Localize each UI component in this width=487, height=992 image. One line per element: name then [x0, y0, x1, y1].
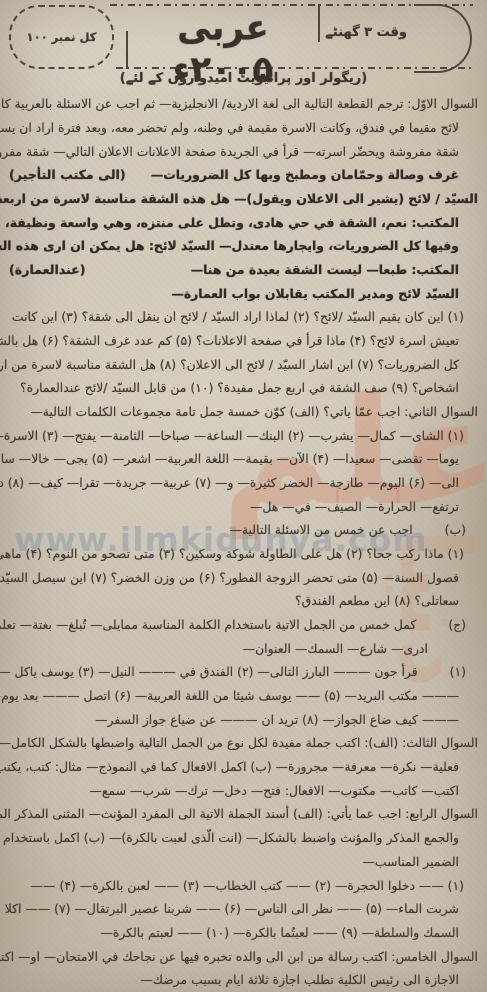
line-left-note: (الی مکتب التأجیر) — [9, 167, 126, 182]
text-line: تعيش اسرة لائح؟ (۴) ماذا قرأ في صفحة الا… — [9, 329, 478, 353]
text-line: اشخاص؟ (۹) صف الشقة في اربع جمل مفيدة؟ (… — [9, 376, 478, 400]
line-text: المكتب: طبعا— ليست الشقة بعيدة من هنا— — [191, 262, 459, 277]
line-text: ادرى— شارع— السمك— العنوان— — [243, 641, 428, 656]
text-line: الاجازة الى رئيس الكلية تطلب اجازة ثلاثة… — [9, 968, 478, 992]
line-text: السوال الرابع: اجب عما يأتي: (الف) أسند … — [0, 806, 478, 821]
line-text: ترتفع— الحرارة— الصيف— في— هل— — [250, 499, 459, 514]
line-text: كمل خمس من الجمل الاتية باستخدام الكلمة … — [0, 617, 416, 632]
candidates-subtitle: (ریگولر اور پرائیویٹ امیدواروں کے لئے) — [0, 71, 487, 86]
line-text: شربت الماء— (۵) —— نظر الى الناس— (۶) ——… — [5, 901, 459, 916]
line-text: شقة مفروشة ويحضّر اسرته— قرأ في الجريدة … — [0, 144, 459, 159]
text-line: (ب)اجب عن خمس من الاسئلة التالية— — [9, 518, 478, 542]
total-marks-badge: کل نمبر ۱۰۰ — [9, 5, 114, 69]
text-line: ——— مكتب البريد— (۵) —— يوسف شيئا من الل… — [9, 684, 478, 708]
text-line: السوال الرابع: اجب عما يأتي: (الف) أسند … — [9, 802, 478, 826]
line-text: فعلية— نكرة— معرفة— مجرورة— (ب) اكمل الا… — [0, 759, 459, 774]
line-label: (ب) — [445, 522, 466, 537]
line-label: (۱) — [450, 664, 466, 679]
line-label: (ج) — [448, 617, 466, 632]
text-line: السيّد لائح ومدير المكتب يقابلان بواب ال… — [9, 281, 478, 305]
line-text: السوال الثالث: (الف): اكتب جملة مفيدة لك… — [0, 735, 478, 750]
text-line: (۱) —— دخلوا الحجرة— (۲) —— كتب الخطاب— … — [9, 873, 478, 897]
line-text: وفيها كل الضروريات، وايجارها معتدل— السي… — [0, 238, 459, 253]
line-text: والجمع المذكر والمؤنث واضبط بالشكل— (انت… — [3, 830, 459, 845]
header-right-curve-ornament — [414, 4, 472, 73]
line-text: (۱) الشاى— كمال— يشرب— (۲) البنك— الساعة… — [0, 428, 464, 443]
text-line: ادرى— شارع— السمك— العنوان— — [9, 636, 478, 660]
line-text: ——— مكتب البريد— (۵) —— يوسف شيئا من الل… — [0, 688, 459, 703]
text-line: والجمع المذكر والمؤنث واضبط بالشكل— (انت… — [9, 826, 478, 850]
text-line: السوال الثالث: (الف): اكتب جملة مفيدة لك… — [9, 731, 478, 755]
text-line: السمك والسلطة— (۹) —— لعبتُما بالكرة— (۱… — [9, 921, 478, 945]
line-text: السيّد لائح ومدير المكتب يقابلان بواب ال… — [171, 286, 459, 301]
line-text: قرأ جون ——— البارز التالى— (۲) الفندق في… — [0, 664, 418, 679]
line-text: السوال الخامس: اكتب رسالة من ابن الى وال… — [0, 949, 478, 964]
text-line: يوما— تقضى— سعيدا— (۴) الآن— بقيمة— اللغ… — [9, 447, 478, 471]
exam-header: وقت ۳ گھنٹے عربی ۲۰۰۵ء کل نمبر ۱۰۰ (ریگو… — [0, 0, 487, 92]
line-text: اجب عن خمس من الاسئلة التالية— — [230, 522, 413, 537]
line-text: الى— (۶) اليوم— طازجة— الخضر كثيرة— و— (… — [0, 475, 459, 490]
text-line: اكتب— كاتب— مكتوب— الافعال: فتح— دخل— تر… — [9, 778, 478, 802]
text-line: المكتب: نعم، الشقة في حي هادى، وتطل على … — [9, 210, 478, 234]
line-left-note: (عندالعمارة) — [9, 262, 86, 277]
text-line: (۱)قرأ جون ——— البارز التالى— (۲) الفندق… — [9, 660, 478, 684]
line-text: السمك والسلطة— (۹) —— لعبتُما بالكرة— (۱… — [100, 925, 459, 940]
scanned-exam-paper: { "page": { "background": "#cdc6b7", "in… — [0, 0, 487, 992]
line-text: لائح مقيما في فندق، وكانت الاسرة مقيمة ف… — [0, 120, 459, 135]
text-line: شقة مفروشة ويحضّر اسرته— قرأ في الجريدة … — [9, 139, 478, 163]
line-text: كل الضروريات؟ (۷) اين اشار السيّد / لائح… — [0, 357, 459, 372]
line-text: سعاتلى؟ (۸) اين مطعم الفندق؟ — [295, 593, 459, 608]
text-line: فصول السنة— (۵) متى تحضر الزوجة الفطور؟ … — [9, 565, 478, 589]
line-text: الاجازة الى رئيس الكلية تطلب اجازة ثلاثة… — [140, 972, 459, 987]
total-marks-label: کل نمبر ۱۰۰ — [27, 30, 97, 44]
text-line: الضمير المناسب— — [9, 850, 478, 874]
text-line: السيّد / لائح (يشير الى الاعلان ويقول)— … — [9, 187, 478, 211]
line-text: تعيش اسرة لائح؟ (۴) ماذا قرأ في صفحة الا… — [0, 333, 459, 348]
text-line: السوال الخامس: اكتب رسالة من ابن الى وال… — [9, 944, 478, 968]
text-line: ——— كيف ضاع الجواز— (۸) تريد ان ——— عن ض… — [9, 707, 478, 731]
line-text: فصول السنة— (۵) متى تحضر الزوجة الفطور؟ … — [0, 570, 459, 585]
line-text: السوال الثاني: اجب عمّا ياتي؟ (الف) كوّن… — [30, 404, 478, 419]
line-text: (۱) —— دخلوا الحجرة— (۲) —— كتب الخطاب— … — [31, 878, 464, 893]
text-line: السوال الثاني: اجب عمّا ياتي؟ (الف) كوّن… — [9, 400, 478, 424]
line-text: يوما— تقضى— سعيدا— (۴) الآن— بقيمة— اللغ… — [0, 451, 459, 466]
text-line: المكتب: طبعا— ليست الشقة بعيدة من هنا—(ع… — [9, 258, 478, 282]
line-text: اكتب— كاتب— مكتوب— الافعال: فتح— دخل— تر… — [89, 783, 459, 798]
line-text: الضمير المناسب— — [363, 854, 459, 869]
line-text: (۱) ماذا ركب جحا؟ (۲) هل على الطاولة شوك… — [0, 546, 464, 561]
text-line: وفيها كل الضروريات، وايجارها معتدل— السي… — [9, 234, 478, 258]
text-line: غرف وصالة وحمّامان ومطبخ وبها كل الضروري… — [9, 163, 478, 187]
text-line: (ج)كمل خمس من الجمل الاتية باستخدام الكل… — [9, 613, 478, 637]
title-bracket-right — [318, 4, 320, 42]
text-line: ترتفع— الحرارة— الصيف— في— هل— — [9, 494, 478, 518]
text-line: لائح مقيما في فندق، وكانت الاسرة مقيمة ف… — [9, 116, 478, 140]
text-line: شربت الماء— (۵) —— نظر الى الناس— (۶) ——… — [9, 897, 478, 921]
text-line: (۱) اين كان يقيم السيّد /لائح؟ (۲) لماذا… — [9, 305, 478, 329]
text-line: (۱) الشاى— كمال— يشرب— (۲) البنك— الساعة… — [9, 423, 478, 447]
line-text: السوال الاوّل: ترجم القطعة التالية الى ل… — [0, 96, 478, 111]
line-text: غرف وصالة وحمّامان ومطبخ وبها كل الضروري… — [151, 167, 459, 182]
line-text: المكتب: نعم، الشقة في حي هادى، وتطل على … — [0, 215, 459, 230]
text-line: (۱) ماذا ركب جحا؟ (۲) هل على الطاولة شوك… — [9, 542, 478, 566]
text-line: الى— (۶) اليوم— طازجة— الخضر كثيرة— و— (… — [9, 471, 478, 495]
text-line: سعاتلى؟ (۸) اين مطعم الفندق؟ — [9, 589, 478, 613]
line-text: السيّد / لائح (يشير الى الاعلان ويقول)— … — [0, 191, 478, 206]
line-text: اشخاص؟ (۹) صف الشقة في اربع جمل مفيدة؟ (… — [20, 380, 459, 395]
document-lines: السوال الاوّل: ترجم القطعة التالية الى ل… — [9, 92, 478, 992]
text-line: كل الضروريات؟ (۷) اين اشار السيّد / لائح… — [9, 352, 478, 376]
text-line: السوال الاوّل: ترجم القطعة التالية الى ل… — [9, 92, 478, 116]
exam-time-label: وقت ۳ گھنٹے — [325, 25, 407, 40]
text-line: فعلية— نكرة— معرفة— مجرورة— (ب) اكمل الا… — [9, 755, 478, 779]
line-text: (۱) اين كان يقيم السيّد /لائح؟ (۲) لماذا… — [12, 309, 464, 324]
line-text: ——— كيف ضاع الجواز— (۸) تريد ان ——— عن ض… — [95, 712, 459, 727]
